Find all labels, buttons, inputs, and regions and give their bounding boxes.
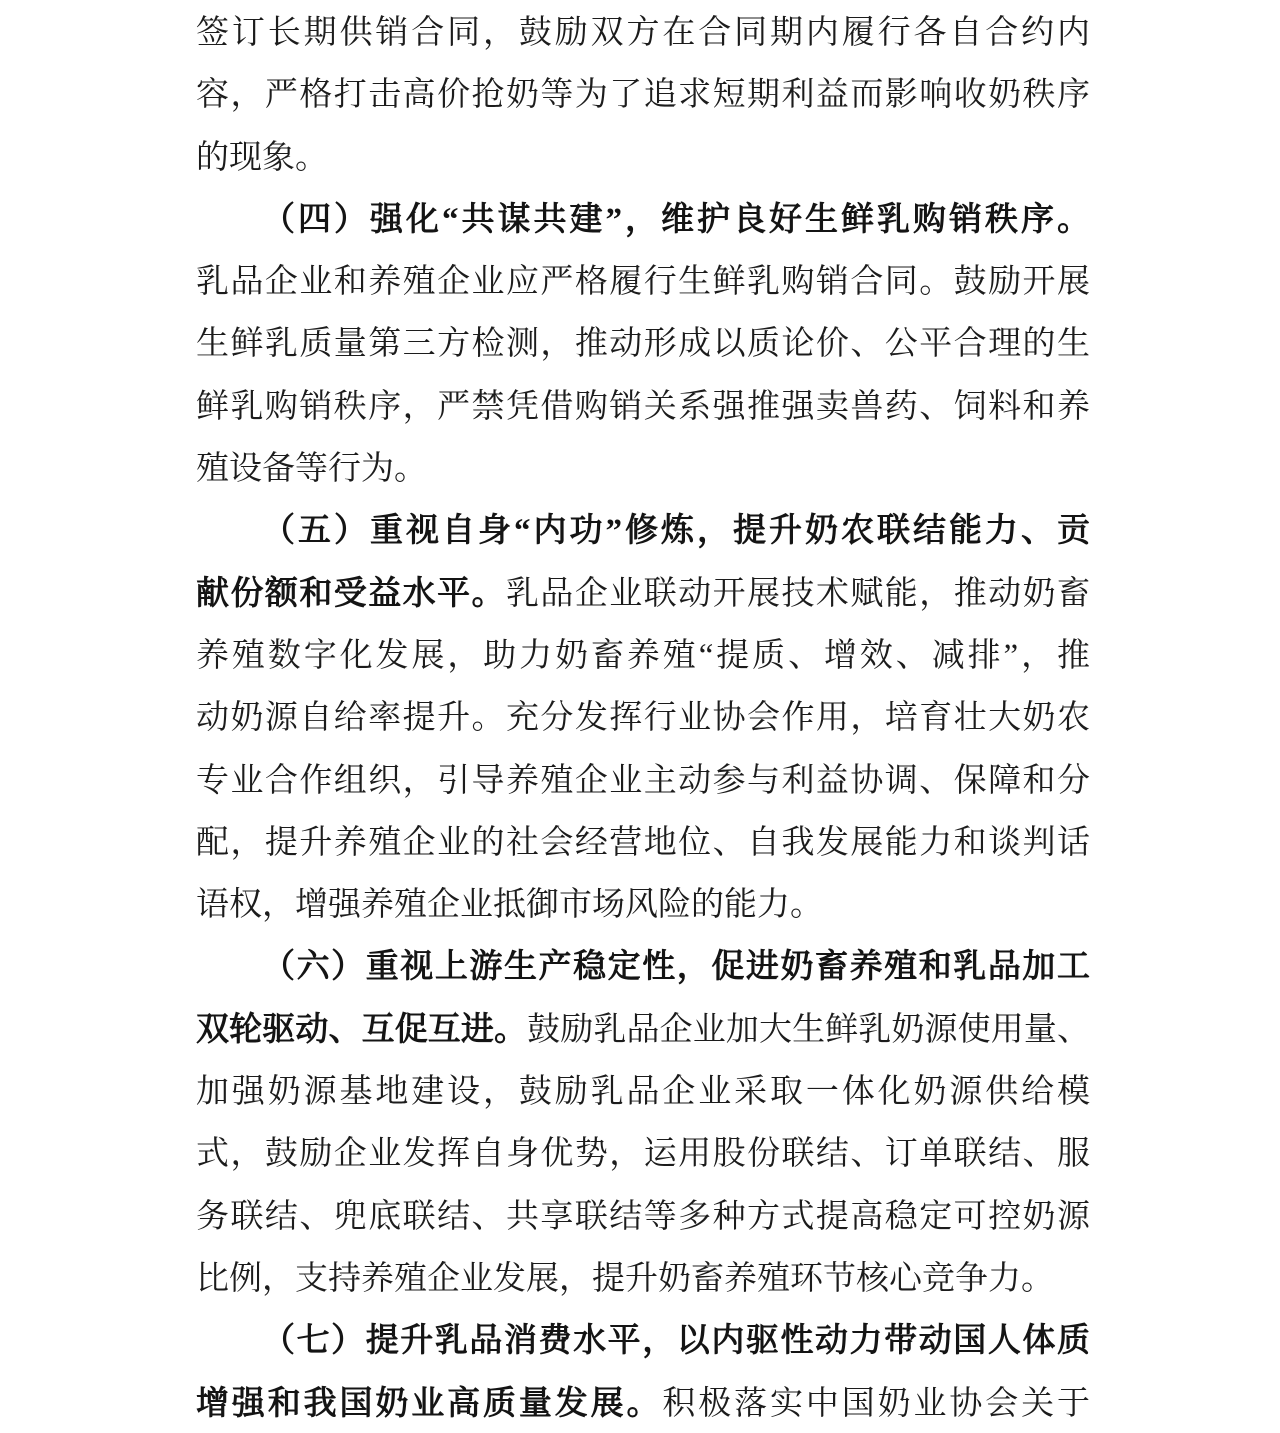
section-heading-segment: 献份额和受益水平。 [196, 576, 506, 612]
document-page: 签订长期供销合同，鼓励双方在合同期内履行各自合约内容，严格打击高价抢奶等为了追求… [0, 0, 1280, 1433]
text-line: 的现象。 [196, 127, 1090, 189]
text-line: 语权，增强养殖企业抵御市场风险的能力。 [196, 874, 1090, 936]
section-heading-segment: （七）提升乳品消费水平，以内驱性动力带动国人体质 [262, 1323, 1090, 1359]
text-line: 生鲜乳质量第三方检测，推动形成以质论价、公平合理的生 [196, 313, 1090, 375]
text-line: 殖设备等行为。 [196, 438, 1090, 500]
text-line: 签订长期供销合同，鼓励双方在合同期内履行各自合约内 [196, 2, 1090, 64]
text-line: 双轮驱动、互促互进。鼓励乳品企业加大生鲜乳奶源使用量、 [196, 999, 1090, 1061]
section-heading-segment: （四）强化“共谋共建”，维护良好生鲜乳购销秩序。 [262, 202, 1090, 238]
text-line: （六）重视上游生产稳定性，促进奶畜养殖和乳品加工 [196, 936, 1090, 998]
body-text-segment: 务联结、兜底联结、共享联结等多种方式提高稳定可控奶源 [196, 1199, 1090, 1235]
body-text-segment: 乳品企业联动开展技术赋能，推动奶畜 [506, 576, 1090, 612]
text-line: 比例，支持养殖企业发展，提升奶畜养殖环节核心竞争力。 [196, 1248, 1090, 1310]
section-heading-segment: 增强和我国奶业高质量发展。 [196, 1386, 662, 1422]
body-text-segment: 生鲜乳质量第三方检测，推动形成以质论价、公平合理的生 [196, 326, 1090, 362]
body-text-segment: 殖设备等行为。 [196, 451, 427, 487]
body-text-segment: 鲜乳购销秩序，严禁凭借购销关系强推强卖兽药、饲料和养 [196, 389, 1090, 425]
section-heading-segment: （五）重视自身“内功”修炼，提升奶农联结能力、贡 [262, 513, 1090, 549]
text-line: （五）重视自身“内功”修炼，提升奶农联结能力、贡 [196, 500, 1090, 562]
body-text-segment: 式，鼓励企业发挥自身优势，运用股份联结、订单联结、服 [196, 1136, 1090, 1172]
body-text-segment: 签订长期供销合同，鼓励双方在合同期内履行各自合约内 [196, 15, 1090, 51]
document-body: 签订长期供销合同，鼓励双方在合同期内履行各自合约内容，严格打击高价抢奶等为了追求… [196, 2, 1090, 1433]
text-line: 加强奶源基地建设，鼓励乳品企业采取一体化奶源供给模 [196, 1061, 1090, 1123]
section-heading-segment: （六）重视上游生产稳定性，促进奶畜养殖和乳品加工 [262, 949, 1090, 985]
body-text-segment: 比例，支持养殖企业发展，提升奶畜养殖环节核心竞争力。 [196, 1261, 1054, 1297]
body-text-segment: 专业合作组织，引导养殖企业主动参与利益协调、保障和分 [196, 763, 1090, 799]
text-line: 动奶源自给率提升。充分发挥行业协会作用，培育壮大奶农 [196, 687, 1090, 749]
body-text-segment: 鼓励乳品企业加大生鲜乳奶源使用量、 [527, 1012, 1090, 1048]
body-text-segment: 加强奶源基地建设，鼓励乳品企业采取一体化奶源供给模 [196, 1074, 1090, 1110]
body-text-segment: 动奶源自给率提升。充分发挥行业协会作用，培育壮大奶农 [196, 700, 1090, 736]
body-text-segment: 积极落实中国奶业协会关于 [662, 1386, 1090, 1422]
text-line: （四）强化“共谋共建”，维护良好生鲜乳购销秩序。 [196, 189, 1090, 251]
body-text-segment: 养殖数字化发展，助力奶畜养殖“提质、增效、减排”，推 [196, 638, 1090, 674]
section-heading-segment: 双轮驱动、互促互进。 [196, 1012, 527, 1048]
text-line: 式，鼓励企业发挥自身优势，运用股份联结、订单联结、服 [196, 1123, 1090, 1185]
text-line: 专业合作组织，引导养殖企业主动参与利益协调、保障和分 [196, 750, 1090, 812]
text-line: 增强和我国奶业高质量发展。积极落实中国奶业协会关于 [196, 1373, 1090, 1433]
text-line: 养殖数字化发展，助力奶畜养殖“提质、增效、减排”，推 [196, 625, 1090, 687]
text-line: 务联结、兜底联结、共享联结等多种方式提高稳定可控奶源 [196, 1186, 1090, 1248]
text-line: 配，提升养殖企业的社会经营地位、自我发展能力和谈判话 [196, 812, 1090, 874]
text-line: 献份额和受益水平。乳品企业联动开展技术赋能，推动奶畜 [196, 563, 1090, 625]
text-line: 鲜乳购销秩序，严禁凭借购销关系强推强卖兽药、饲料和养 [196, 376, 1090, 438]
text-line: （七）提升乳品消费水平，以内驱性动力带动国人体质 [196, 1310, 1090, 1372]
text-line: 容，严格打击高价抢奶等为了追求短期利益而影响收奶秩序 [196, 64, 1090, 126]
body-text-segment: 乳品企业和养殖企业应严格履行生鲜乳购销合同。鼓励开展 [196, 264, 1090, 300]
text-line: 乳品企业和养殖企业应严格履行生鲜乳购销合同。鼓励开展 [196, 251, 1090, 313]
body-text-segment: 配，提升养殖企业的社会经营地位、自我发展能力和谈判话 [196, 825, 1090, 861]
body-text-segment: 容，严格打击高价抢奶等为了追求短期利益而影响收奶秩序 [196, 77, 1090, 113]
body-text-segment: 的现象。 [196, 140, 328, 176]
body-text-segment: 语权，增强养殖企业抵御市场风险的能力。 [196, 887, 823, 923]
